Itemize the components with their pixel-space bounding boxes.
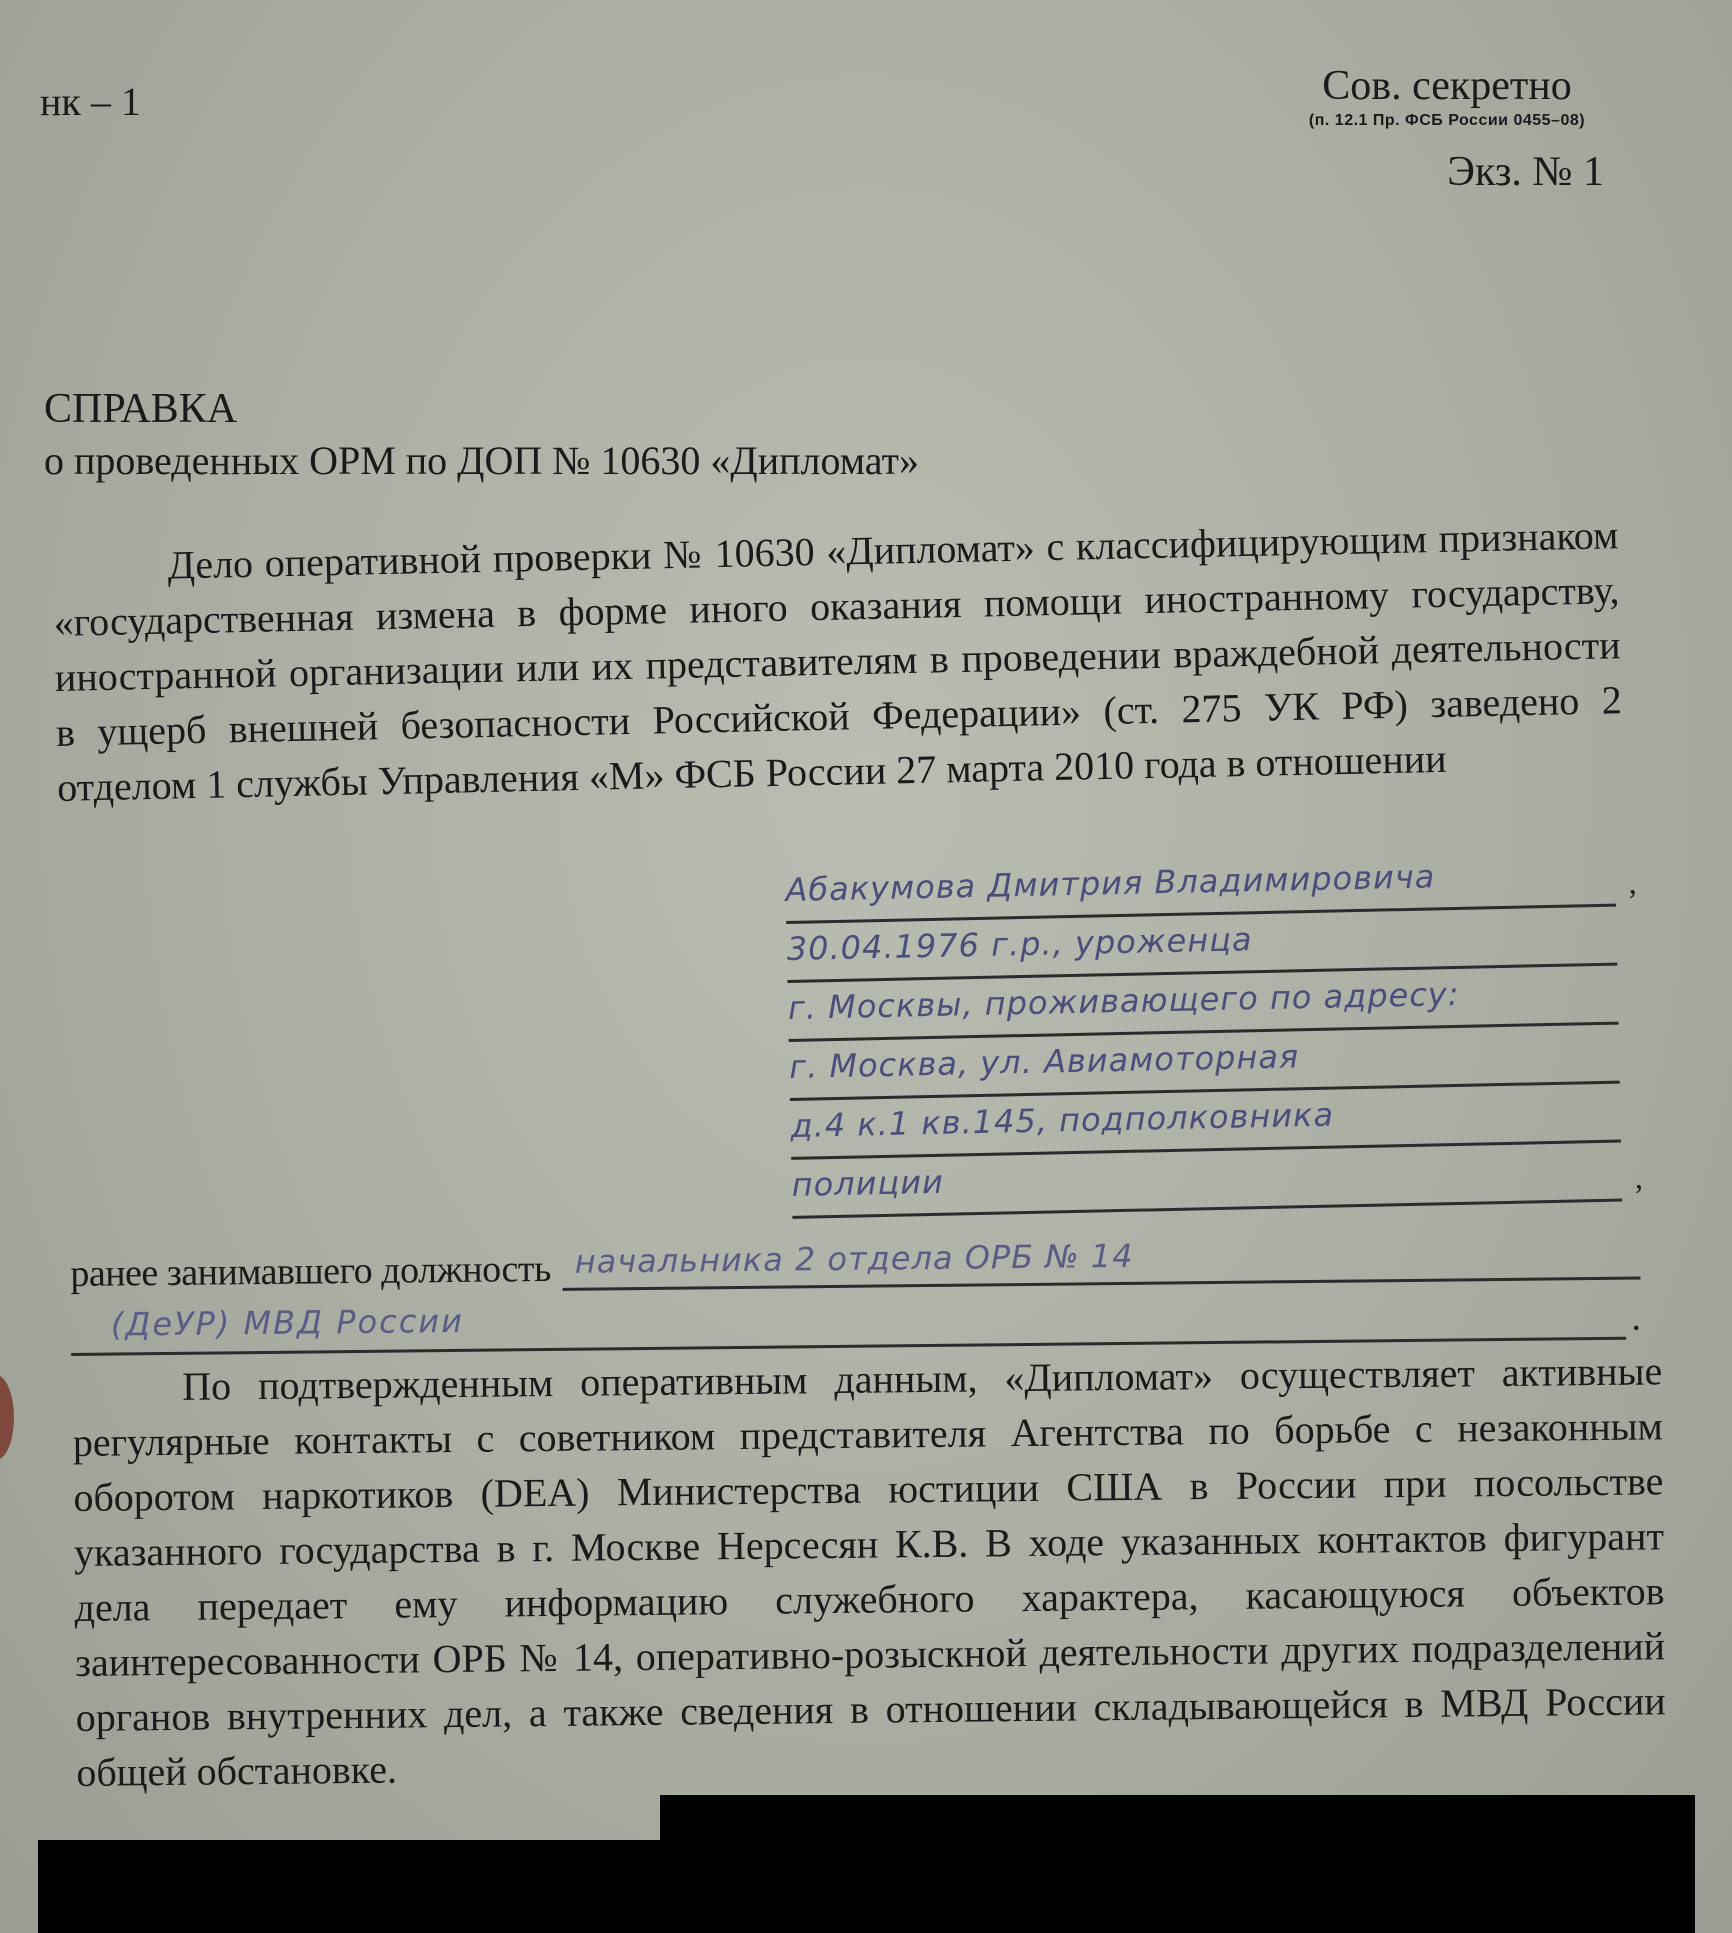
document-code: нк – 1 <box>40 78 141 125</box>
paragraph-text: Дело оперативной проверки № 10630 «Дипло… <box>52 507 1623 815</box>
previous-position-label: ранее занимавшего должность <box>70 1247 551 1296</box>
previous-position-handwritten: начальника 2 отдела ОРБ № 14 <box>562 1225 1640 1291</box>
paragraph-text: По подтвержденным оперативным данным, «Д… <box>72 1343 1667 1800</box>
previous-position-end: . <box>1631 1296 1641 1340</box>
handwritten-subject-block: Абакумова Дмитрия Владимировича, 30.04.1… <box>785 848 1622 1219</box>
document-title: СПРАВКА <box>44 385 237 433</box>
classification-stamp: Сов. секретно <box>1282 62 1612 110</box>
previous-position-block: ранее занимавшего должность начальника 2… <box>70 1224 1641 1356</box>
paragraph-case-description: Дело оперативной проверки № 10630 «Дипло… <box>52 507 1623 815</box>
classification-reference: (п. 12.1 Пр. ФСБ России 0455–08) <box>1282 112 1612 130</box>
copy-number: Экз. № 1 <box>1447 148 1604 196</box>
paragraph-operational-data: По подтвержденным оперативным данным, «Д… <box>72 1343 1667 1800</box>
paper-stain <box>0 1375 14 1460</box>
redaction-block <box>38 1840 1695 1933</box>
document-subtitle: о проведенных ОРМ по ДОП № 10630 «Диплом… <box>44 437 919 484</box>
